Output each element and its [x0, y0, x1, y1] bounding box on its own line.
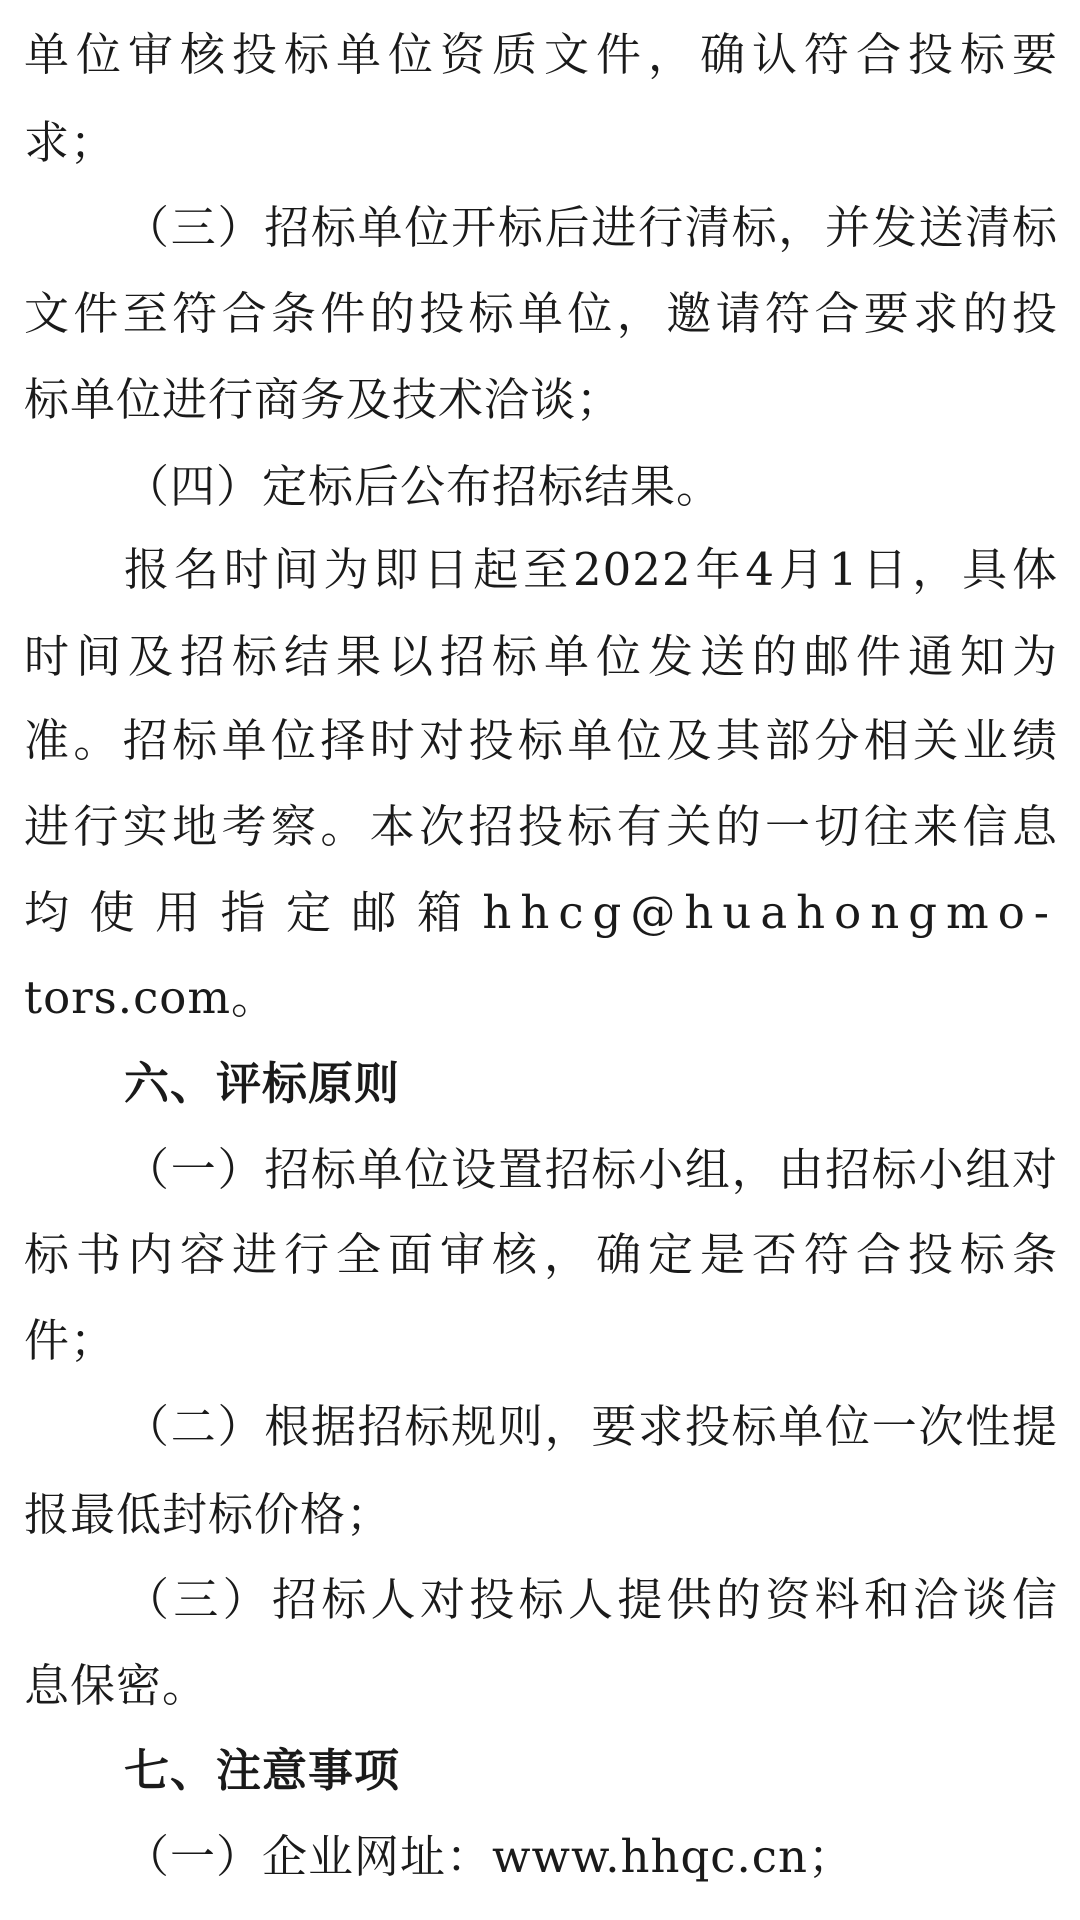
text-line: （一）招标单位设置招标小组，由招标小组对: [124, 1127, 1058, 1213]
text-line: （二）根据招标规则，要求投标单位一次性提: [124, 1384, 1058, 1470]
email-line: 均使用指定邮箱hhcg@huahongmo-: [24, 870, 1058, 956]
text-line: 准。招标单位择时对投标单位及其部分相关业绩: [24, 698, 1058, 784]
email-line-continuation: tors.com。: [24, 955, 277, 1041]
text-line: 标书内容进行全面审核，确定是否符合投标条: [24, 1212, 1058, 1298]
text-line: 单位审核投标单位资质文件，确认符合投标要: [24, 12, 1058, 98]
text-line: 求；: [24, 100, 116, 186]
section-heading-evaluation-principles: 六、评标原则: [124, 1041, 400, 1127]
text-line: （四）定标后公布招标结果。: [124, 444, 722, 530]
text-line: 报名时间为即日起至2022年4月1日，具体: [124, 527, 1058, 613]
text-line: 文件至符合条件的投标单位，邀请符合要求的投: [24, 271, 1058, 357]
text-line: 报最低封标价格；: [24, 1472, 392, 1558]
text-line: 息保密。: [24, 1643, 208, 1729]
text-line: 时间及招标结果以招标单位发送的邮件通知为: [24, 614, 1058, 700]
section-heading-notes: 七、注意事项: [124, 1728, 400, 1814]
text-line: 进行实地考察。本次招投标有关的一切往来信息: [24, 784, 1058, 870]
text-line: 标单位进行商务及技术洽谈；: [24, 357, 622, 443]
text-line: （三）招标单位开标后进行清标，并发送清标: [124, 185, 1058, 271]
website-line: （一）企业网址：www.hhqc.cn；: [124, 1814, 854, 1900]
text-line: （三）招标人对投标人提供的资料和洽谈信: [124, 1557, 1058, 1643]
text-line: 件；: [24, 1298, 116, 1384]
